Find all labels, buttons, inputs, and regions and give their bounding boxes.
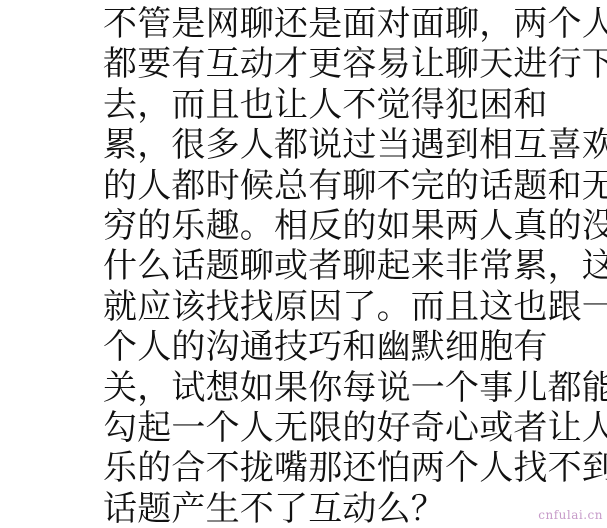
text-line: 穷的乐趣。相反的如果两人真的没 xyxy=(103,206,573,246)
text-line: 去，而且也让人不觉得犯困和 xyxy=(103,85,573,125)
text-line: 累，很多人都说过当遇到相互喜欢 xyxy=(103,125,573,165)
text-line: 什么话题聊或者聊起来非常累，这 xyxy=(103,246,573,286)
text-line: 的人都时候总有聊不完的话题和无 xyxy=(103,166,573,206)
text-line: 就应该找找原因了。而且这也跟一 xyxy=(103,287,573,327)
text-line: 乐的合不拢嘴那还怕两个人找不到 xyxy=(103,448,573,488)
text-line: 都要有互动才更容易让聊天进行下 xyxy=(103,44,573,84)
text-line: 关，试想如果你每说一个事儿都能 xyxy=(103,368,573,408)
watermark: cnfulai.cn xyxy=(538,508,603,522)
text-line: 个人的沟通技巧和幽默细胞有 xyxy=(103,327,573,367)
article-text: 不管是网聊还是面对面聊，两个人 都要有互动才更容易让聊天进行下 去，而且也让人不… xyxy=(103,4,573,528)
text-line: 勾起一个人无限的好奇心或者让人 xyxy=(103,408,573,448)
text-line: 不管是网聊还是面对面聊，两个人 xyxy=(103,4,573,44)
text-line: 话题产生不了互动么？ xyxy=(103,489,573,528)
